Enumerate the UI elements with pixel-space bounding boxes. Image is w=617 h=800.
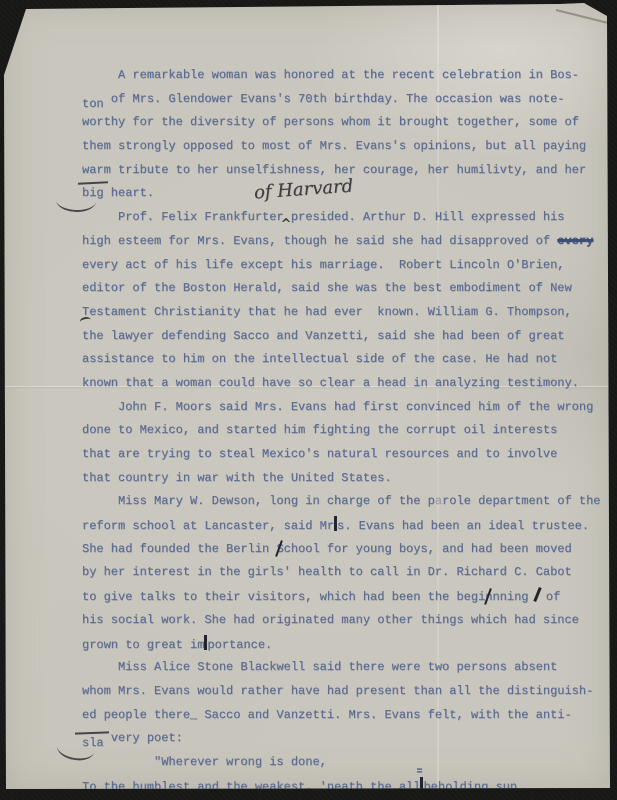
- typed-line: worthy for the diversity of persons whom…: [82, 113, 612, 137]
- typed-text: assistance to him on the intellectual si…: [82, 352, 557, 366]
- typed-text: very poet:: [104, 731, 183, 745]
- typed-text: high esteem for Mrs. Evans, though he sa…: [82, 234, 557, 248]
- typed-line: Testament Christianity that he had ever …: [82, 303, 612, 327]
- typed-line: his social work. She had originated many…: [82, 611, 612, 635]
- typed-text: reform school at Lancaster, said Mr: [82, 519, 334, 533]
- typed-text: Miss Mary W. Dewson, long in charge of t…: [82, 494, 435, 508]
- typed-line: done to Mexico, and started him fighting…: [82, 421, 612, 445]
- typed-line: To the humblest and the weakest, 'neath …: [82, 777, 612, 800]
- typed-line: "Wherever wrong is done,: [82, 753, 612, 777]
- typed-line: high esteem for Mrs. Evans, though he sa…: [82, 232, 612, 256]
- ink-bar-mark: =: [420, 777, 423, 792]
- typed-line: John F. Moors said Mrs. Evans had first …: [82, 398, 612, 422]
- typed-text: them strongly opposed to most of Mrs. Ev…: [82, 139, 586, 153]
- faint-character: a: [435, 494, 442, 508]
- typed-text: that country in war with the United Stat…: [82, 471, 392, 485]
- typed-line: assistance to him on the intellectual si…: [82, 350, 612, 374]
- typed-line: that country in war with the United Stat…: [82, 469, 612, 493]
- typed-text: of Mrs. Glendower Evans's 70th birthday.…: [104, 92, 565, 106]
- typed-line: the lawyer defending Sacco and Vanzetti,…: [82, 327, 612, 351]
- typed-text: role department of the: [442, 494, 600, 508]
- typed-text: presided. Arthur D. Hill expressed his: [284, 210, 565, 224]
- dropped-text: ton: [82, 97, 104, 111]
- typed-text: warm tribute to her unselfishness, her c…: [82, 163, 586, 177]
- typed-text: She had founded the Berlin: [82, 542, 276, 556]
- scan-background: { "page": { "lines": [ {"segments":[{"s"…: [0, 0, 617, 800]
- typed-text: worthy for the diversity of persons whom…: [82, 115, 579, 129]
- typed-line: by her interest in the girls' health to …: [82, 563, 612, 587]
- typed-text: grown to great im: [82, 638, 204, 652]
- typed-text: the lawyer defending Sacco and Vanzetti,…: [82, 329, 564, 343]
- typed-text: portance.: [207, 638, 272, 652]
- ink-bar-mark: [334, 516, 337, 531]
- typed-text: known that a woman could have so clear a…: [82, 376, 579, 390]
- ink-bar-mark: [204, 635, 207, 650]
- struck-word: every: [557, 234, 593, 248]
- typed-text: Prof. Felix Frankfurter: [82, 210, 284, 224]
- typed-text: done to Mexico, and started him fighting…: [82, 423, 557, 437]
- typed-line: Miss Alice Stone Blackwell said there we…: [82, 658, 612, 682]
- typed-line: to give talks to their visitors, which h…: [82, 587, 612, 611]
- typed-text: his social work. She had originated many…: [82, 613, 579, 627]
- typed-text: to give talks to their visitors, which h…: [82, 590, 485, 604]
- typed-line: ed people there_ Sacco and Vanzetti. Mrs…: [82, 706, 612, 730]
- typed-text: whom Mrs. Evans would rather have had pr…: [82, 684, 593, 698]
- hyphen-insertion-mark: =: [416, 764, 422, 782]
- typed-text: beholding sun,: [423, 780, 524, 794]
- overstruck-character: n: [485, 590, 492, 604]
- typed-text: John F. Moors said Mrs. Evans had first …: [82, 400, 593, 414]
- typed-text: s. Evans had been an ideal trustee.: [337, 519, 589, 533]
- typed-line: Miss Mary W. Dewson, long in charge of t…: [82, 492, 612, 516]
- typed-text: editor of the Boston Herald, said she wa…: [82, 281, 572, 295]
- typed-line: A remarkable woman was honored at the re…: [82, 66, 612, 90]
- typed-text: by her interest in the girls' health to …: [82, 565, 572, 579]
- typed-text: heart.: [104, 186, 154, 200]
- typed-line: whom Mrs. Evans would rather have had pr…: [82, 682, 612, 706]
- typed-line: them strongly opposed to most of Mrs. Ev…: [82, 137, 612, 161]
- overstruck-character: S: [276, 542, 283, 556]
- typed-text: chool for young boys, and had been moved: [284, 542, 572, 556]
- typed-text: Miss Alice Stone Blackwell said there we…: [82, 660, 557, 674]
- dog-ear-fold: [556, 9, 613, 25]
- typed-line: that are trying to steal Mexico's natura…: [82, 445, 612, 469]
- typed-line: ton of Mrs. Glendower Evans's 70th birth…: [82, 90, 612, 114]
- typed-line: Prof. Felix Frankfurterof Harvard^ presi…: [82, 208, 612, 232]
- typed-line: She had founded the Berlin School for yo…: [82, 540, 612, 564]
- typed-text: "Wherever wrong is done,: [82, 755, 327, 769]
- typed-line: known that a woman could have so clear a…: [82, 374, 612, 398]
- typed-text: nning: [492, 590, 535, 604]
- typed-text: A remarkable woman was honored at the re…: [82, 68, 579, 82]
- typed-line: every act of his life except his marriag…: [82, 256, 612, 280]
- typed-text: ed people there_ Sacco and Vanzetti. Mrs…: [82, 708, 572, 722]
- typed-line: reform school at Lancaster, said Mrs. Ev…: [82, 516, 612, 540]
- dropped-correction: sla: [82, 736, 104, 750]
- typed-text: Testament Christianity that he had ever …: [82, 305, 572, 319]
- typed-text-block: A remarkable woman was honored at the re…: [82, 66, 612, 800]
- document-page: A remarkable woman was honored at the re…: [4, 3, 610, 789]
- typed-text: every act of his life except his marriag…: [82, 258, 564, 272]
- typed-line: editor of the Boston Herald, said she wa…: [82, 279, 612, 303]
- typed-text: of: [539, 590, 561, 604]
- typed-line: grown to great importance.: [82, 635, 612, 659]
- typed-text: that are trying to steal Mexico's natura…: [82, 447, 557, 461]
- typed-line: sla very poet:: [82, 729, 612, 753]
- typed-text: To the humblest and the weakest, 'neath …: [82, 780, 420, 794]
- corrected-word: big: [82, 186, 104, 200]
